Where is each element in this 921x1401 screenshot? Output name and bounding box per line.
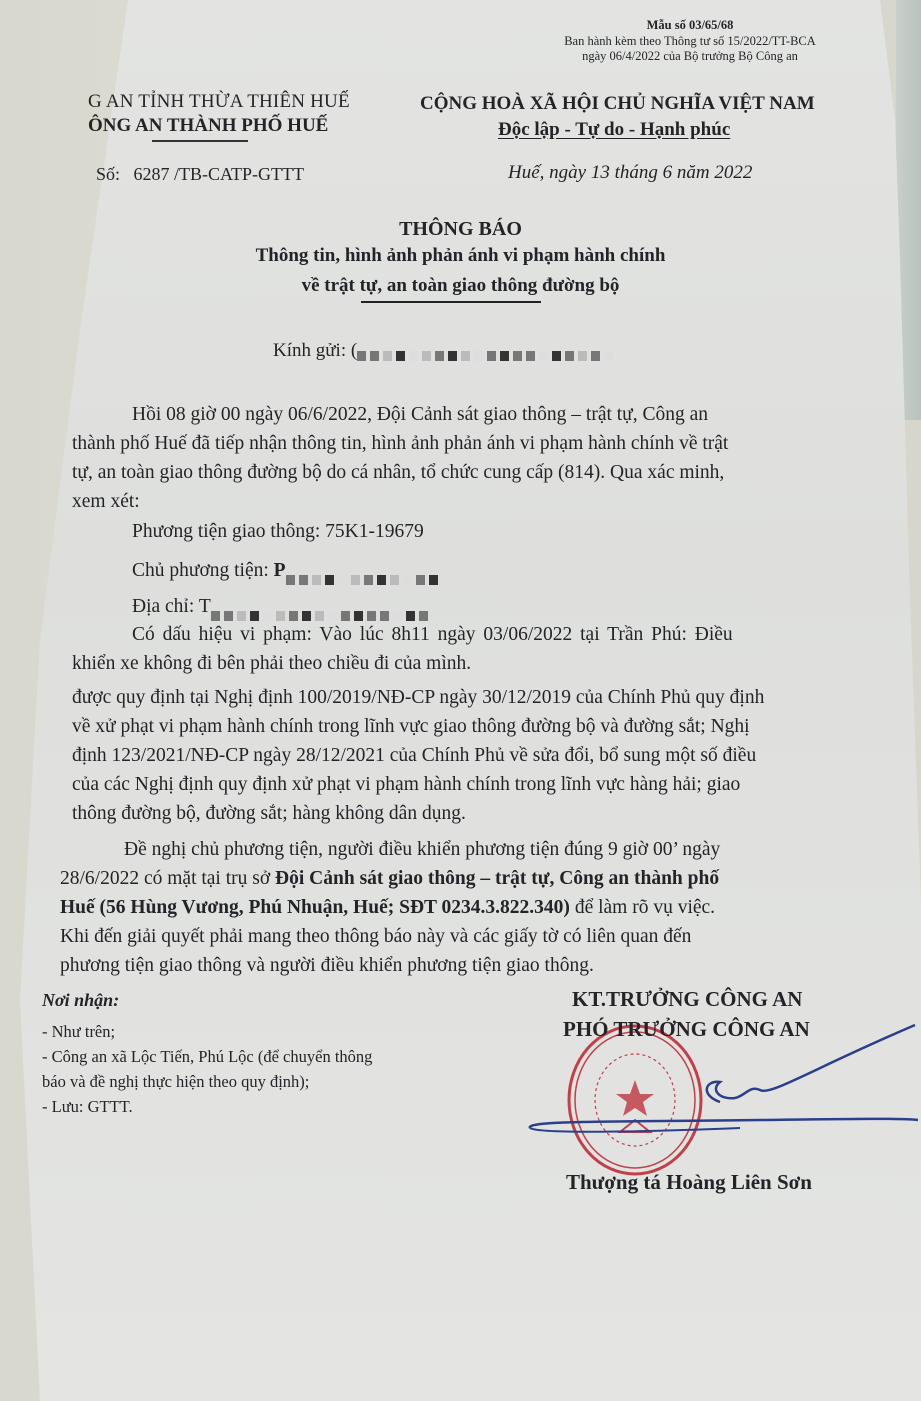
owner-line: Chủ phương tiện: P <box>132 556 442 585</box>
document-number-label: Số: <box>96 164 120 184</box>
parent-organization: G AN TỈNH THỪA THIÊN HUẾ <box>88 91 350 113</box>
signer-name: Thượng tá Hoàng Liên Sơn <box>566 1170 812 1195</box>
redacted-recipient <box>357 345 617 359</box>
issuing-organization: ÔNG AN THÀNH PHỐ HUẾ <box>88 115 328 137</box>
form-number-block: Mẫu số 03/65/68 Ban hành kèm theo Thông … <box>540 18 840 65</box>
owner-label: Chủ phương tiện: <box>132 560 269 581</box>
intro-line: thành phố Huế đã tiếp nhận thông tin, hì… <box>72 429 728 458</box>
vehicle-label: Phương tiện giao thông: <box>132 521 320 542</box>
request-line: 28/6/2022 có mặt tại trụ sở Đội Cảnh sát… <box>60 864 719 893</box>
intro-line: xem xét: <box>72 487 140 516</box>
recipient-label: Kính gửi: <box>273 340 346 361</box>
legal-line: được quy định tại Nghị định 100/2019/NĐ-… <box>72 683 764 712</box>
place-date: Huế, ngày 13 tháng 6 năm 2022 <box>508 162 752 184</box>
legal-line: định 123/2021/NĐ-CP ngày 28/12/2021 của … <box>72 741 756 770</box>
signature-title-2: PHÓ TRƯỞNG CÔNG AN <box>563 1017 810 1042</box>
redacted-owner <box>286 565 442 579</box>
recipients-title: Nơi nhận: <box>42 990 119 1011</box>
owner-prefix: P <box>274 560 286 581</box>
national-motto: Độc lập - Tự do - Hạnh phúc <box>498 119 730 141</box>
divider <box>152 140 248 142</box>
request-location: Đội Cảnh sát giao thông – trật tự, Công … <box>275 868 719 889</box>
vehicle-line: Phương tiện giao thông: 75K1-19679 <box>132 517 424 546</box>
request-text: để làm rõ vụ việc. <box>570 897 715 918</box>
request-text: 28/6/2022 có mặt tại trụ sở <box>60 868 275 889</box>
document-number: Số: 6287 /TB-CATP-GTTT <box>96 164 304 185</box>
intro-line: tự, an toàn giao thông đường bộ do cá nh… <box>72 458 724 487</box>
redacted-address <box>211 601 432 615</box>
request-line: Đề nghị chủ phương tiện, người điều khiể… <box>124 835 720 864</box>
divider <box>361 301 541 303</box>
form-number: Mẫu số 03/65/68 <box>540 18 840 34</box>
request-address: Huế (56 Hùng Vương, Phú Nhuận, Huế; SĐT … <box>60 897 570 918</box>
form-issued-with: Ban hành kèm theo Thông tư số 15/2022/TT… <box>540 34 840 50</box>
request-line: Huế (56 Hùng Vương, Phú Nhuận, Huế; SĐT … <box>60 893 715 922</box>
legal-line: về xử phạt vi phạm hành chính trong lĩnh… <box>72 712 750 741</box>
recipient-line: Kính gửi: ( <box>273 340 617 362</box>
recipient-item: - Như trên; <box>42 1020 115 1043</box>
national-name: CỘNG HOÀ XÃ HỘI CHỦ NGHĨA VIỆT NAM <box>420 93 815 115</box>
address-label: Địa chỉ: <box>132 596 194 617</box>
violation-line: Có dấu hiệu vi phạm: Vào lúc 8h11 ngày 0… <box>132 620 733 649</box>
violation-line: khiển xe không đi bên phải theo chiều đi… <box>72 649 471 678</box>
intro-line: Hồi 08 giờ 00 ngày 06/6/2022, Đội Cảnh s… <box>132 400 708 429</box>
vehicle-plate: 75K1-19679 <box>325 521 424 542</box>
document-subtitle-1: Thông tin, hình ảnh phản ánh vi phạm hàn… <box>0 245 921 267</box>
legal-line: của các Nghị định quy định xử phạt vi ph… <box>72 770 740 799</box>
form-issued-date: ngày 06/4/2022 của Bộ trưởng Bộ Công an <box>540 49 840 65</box>
request-line: Khi đến giải quyết phải mang theo thông … <box>60 922 691 951</box>
recipient-item: báo và đề nghị thực hiện theo quy định); <box>42 1070 309 1093</box>
address-line: Địa chỉ: T <box>132 592 432 621</box>
document-title: THÔNG BÁO <box>0 218 921 241</box>
request-line: phương tiện giao thông và người điều khi… <box>60 951 594 980</box>
address-prefix: T <box>199 596 211 617</box>
recipient-item: - Lưu: GTTT. <box>42 1095 133 1118</box>
signature-title-1: KT.TRƯỞNG CÔNG AN <box>572 987 802 1012</box>
document-number-value: 6287 /TB-CATP-GTTT <box>134 164 305 184</box>
legal-line: thông đường bộ, đường sắt; hàng không dâ… <box>72 799 466 828</box>
document-subtitle-2: về trật tự, an toàn giao thông đường bộ <box>0 275 921 297</box>
recipient-item: - Công an xã Lộc Tiến, Phú Lộc (để chuyể… <box>42 1045 372 1068</box>
